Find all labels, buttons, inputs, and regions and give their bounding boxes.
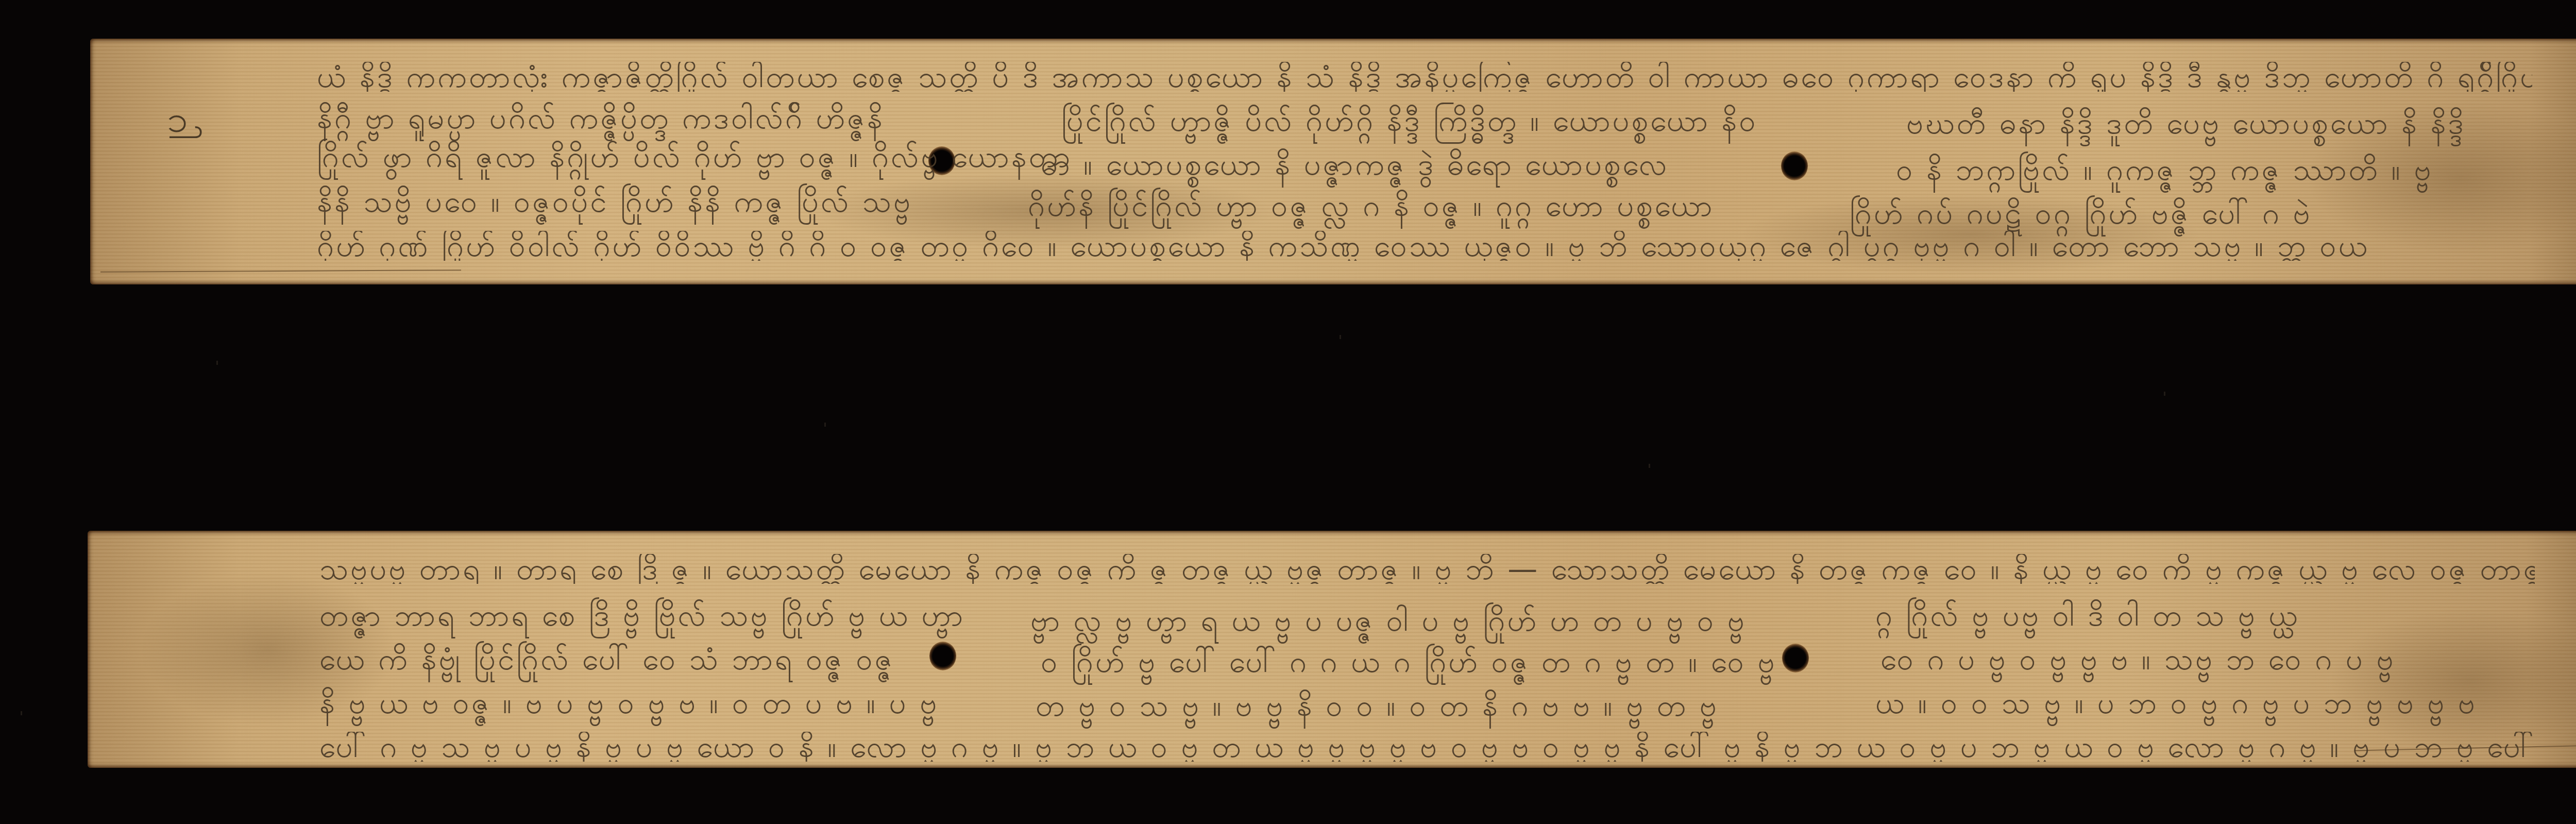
dust-speck <box>1340 335 1341 339</box>
top-leaf-line-3c: ဝ နိ ဘဂ္ဂာဗြိုလ် ။ ဂူကဇ္ဇ ဘ္ဘ ကဇ္ဇ ဿာတိ … <box>1896 155 2433 184</box>
binding-hole-icon <box>1782 644 1809 672</box>
bottom-leaf-line-3b: ဝ ဂြိုဟ် ဗ္ဗ ပေါ် ပေါ် ဂ ဂ ယ ဂ ဂြိုဟ် ဝဇ… <box>1041 647 1777 677</box>
bottom-leaf-line-3c: ဝေ ဂ ပ ဗ္ဗ ဝ ဗ္ဗ ဗ္ဗ ဗ ။ သဗ္ဗ ဘ ဝေ ဂ ပ ဗ… <box>1880 644 2396 674</box>
binding-hole-icon <box>929 642 956 670</box>
bottom-leaf-line-4b: တ ဗ္ဗ ဝ သ ဗ္ဗ ။ ဗ ဗ္ဗ နိ ဝ ဝ ။ ဝ တ နိ ဂ … <box>1036 691 1719 720</box>
dust-speck <box>1649 464 1650 468</box>
top-leaf-line-2a: နိဂ္ဂီ ဗ္ဗာ ရူမပ္ပာ ပဂိလ် ကဇ္ဇိပ္ပိတ္ဒ က… <box>317 103 885 133</box>
bottom-leaf-line-4c: ယ ။ ဝ ဝ သ ဗ္ဗ ။ ပ ဘ ဝ ဗ္ဗ ဂ ဗ္ဗ ပ ဘ ဗ္ဗ … <box>1875 688 2477 718</box>
bottom-leaf-line-5: ပေါ် ဂ ဗ္ဗ သ ဗ္ဗ ပ ဗ္ဗ နိ ဗ္ဗ ပ ဗ္ဗ ယော … <box>319 732 2535 762</box>
stain <box>2329 608 2576 752</box>
bottom-leaf-line-2a: တဇ္ဇာ ဘာရ ဘာရ စေ ဒြိ ဗ္ဗိ ဗြိုလ် သဗ္ဗ ဂြ… <box>319 600 965 630</box>
top-leaf-line-3a: ဂြိုလ် ဖွာ ဂိရိ ဇူလာ နိဂ္ဂိုဟ် ပိလ် ဂိုဟ… <box>317 142 1072 172</box>
bottom-leaf-line-4a: နိ ဗ္ဗ ယ ဗ ဝဇ္ဇ ။ ဗ ပ ဗ္ဗ ဝ ဗ္ဗ ဗ ။ ဝ တ … <box>319 688 939 718</box>
binding-hole-icon <box>1781 152 1808 180</box>
dust-speck <box>216 361 218 365</box>
bottom-leaf-line-2b: ဗ္ဗာ လ္လ ဗ္ဗ ဟ္ဗာ ရ ယ ဗ္ဗ ပ ပဇ္ဇ ဝါ ပ ဗ္… <box>1030 606 1747 635</box>
leaf-page-marker: ဂါ <box>164 113 200 140</box>
top-leaf-line-4b: ဂိုဟ်နိ ပြိုင်ဂြိုလ် ဟ္ဗာ ဝဇ္ဇ လ္လ ဂ နိ … <box>1028 191 1714 221</box>
bottom-leaf-line-3a: ယေ ကိ နိဗ္ဗုံ ပြိုင်ဂြိုလ် ပေါ် ဝေ သံ ဘာ… <box>319 644 894 674</box>
dust-speck <box>2164 392 2165 396</box>
top-leaf-line-4c: ဂြိုဟ် ဂပ် ဂပဋိ ဝဂ္ဂ ဂြိုဟ် ဗဇ္ဇိ ပေါ် ဂ… <box>1850 198 2312 228</box>
top-leaf-line-2b: ပြိုင်ဂြိုလ် ဟ္ဗာဇ္ဇိ ပိလ် ဂိုဟ်ဂ္ဂိ နိဒ… <box>1061 106 1758 136</box>
dust-speck <box>21 711 22 715</box>
leaf-crack <box>100 270 461 273</box>
bottom-leaf-line-1: သဗ္ဗပဗ္ဗ တာရ ။ တာရ စေ ဒြိ ဇ္ဇ ။ ယောသတ္တိ… <box>319 554 2535 584</box>
top-leaf-line-2c: ဗဃတီ ဓနာ နိဒ္ဒိ ဒူတိ ပေဗ္ဗ ယောပစ္စယော နိ… <box>1906 108 2466 138</box>
top-leaf-line-3b: ဓာ ။ ယောပစ္စယော နိ ပဇ္ဇာကဇ္ဇ ဒွဲ ဓိရော ယ… <box>1041 149 1669 179</box>
top-leaf-line-4a: နိနိ သဗ္ဗိ ပဝေ ။ ဝဇ္ဇဝပိုင် ဂြိုဟ် နိနိ … <box>317 187 912 216</box>
dust-speck <box>824 423 826 427</box>
top-leaf-line-5: ဂိုဟ် ဂုဏ် ဂြိုဟ် ဝိဝါလ် ဂိုဟ် ဝိဝိဿ ဗ္ဗ… <box>317 231 2532 261</box>
top-leaf-line-1: ယံ နိဒ္ဒိ ကကတာလုံး ကဇ္ဇာဇိတ္တိဂြိုလ် ဝါတ… <box>317 62 2532 92</box>
bottom-leaf-line-2c: ဂ္ဂ ဂြိုလ် ဗ္ဗ ပဗ္ဗ ဝါ ဒိ ဝါ တ သ ဗ္ဗ ယ္ယ <box>1875 600 2300 630</box>
